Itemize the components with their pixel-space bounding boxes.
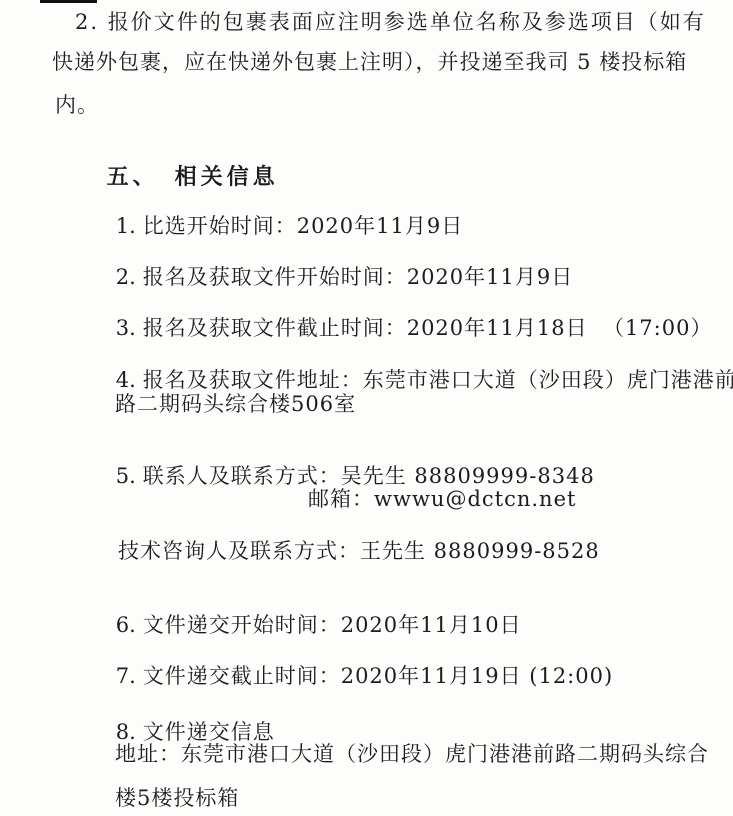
item-8-text: 文件递交信息	[143, 720, 275, 744]
item-8-address-line2: 楼5楼投标箱	[115, 786, 239, 810]
item-6-text: 文件递交开始时间：2020年11月10日	[143, 613, 522, 637]
item-7-number: 7.	[116, 664, 143, 688]
item-7-text: 文件递交截止时间：2020年11月19日 (12:00)	[143, 664, 613, 688]
item-2-text: 报名及获取文件开始时间：2020年11月9日	[143, 265, 574, 289]
document-page: 2. 报价文件的包裹表面应注明参选单位名称及参选项目（如有 快递外包裹，应在快递…	[0, 0, 733, 816]
item-3-number: 3.	[116, 316, 143, 340]
section-number: 五、	[107, 164, 159, 190]
paragraph-clause2-line3: 内。	[55, 93, 99, 117]
item-2-number: 2.	[116, 265, 143, 289]
item-5-email-line: 邮箱：wwwu@dctcn.net	[308, 487, 576, 511]
paragraph-clause2-line2: 快递外包裹，应在快递外包裹上注明），并投递至我司 5 楼投标箱	[52, 50, 687, 74]
section-title: 相关信息	[175, 164, 279, 190]
item-4-continuation: 路二期码头综合楼506室	[115, 392, 356, 416]
item-8-address-line1: 地址：东莞市港口大道（沙田段）虎门港港前路二期码头综合	[115, 742, 709, 766]
scan-artifact-line	[40, 0, 97, 3]
item-1-number: 1.	[116, 214, 143, 238]
paragraph-clause2-line1: 2. 报价文件的包裹表面应注明参选单位名称及参选项目（如有	[75, 10, 706, 34]
item-4-number: 4.	[116, 368, 143, 392]
item-5-text: 联系人及联系方式：吴先生 88809999-8348	[143, 464, 595, 488]
item-5-number: 5.	[116, 464, 143, 488]
item-8-number: 8.	[116, 720, 143, 744]
item-5-tech-contact-line: 技术咨询人及联系方式：王先生 8880999-8528	[118, 539, 600, 563]
item-6-number: 6.	[116, 613, 143, 637]
item-3-text: 报名及获取文件截止时间：2020年11月18日 （17:00）	[143, 316, 713, 340]
item-4-text: 报名及获取文件地址：东莞市港口大道（沙田段）虎门港港前	[143, 368, 733, 392]
item-1-text: 比选开始时间：2020年11月9日	[143, 214, 464, 238]
